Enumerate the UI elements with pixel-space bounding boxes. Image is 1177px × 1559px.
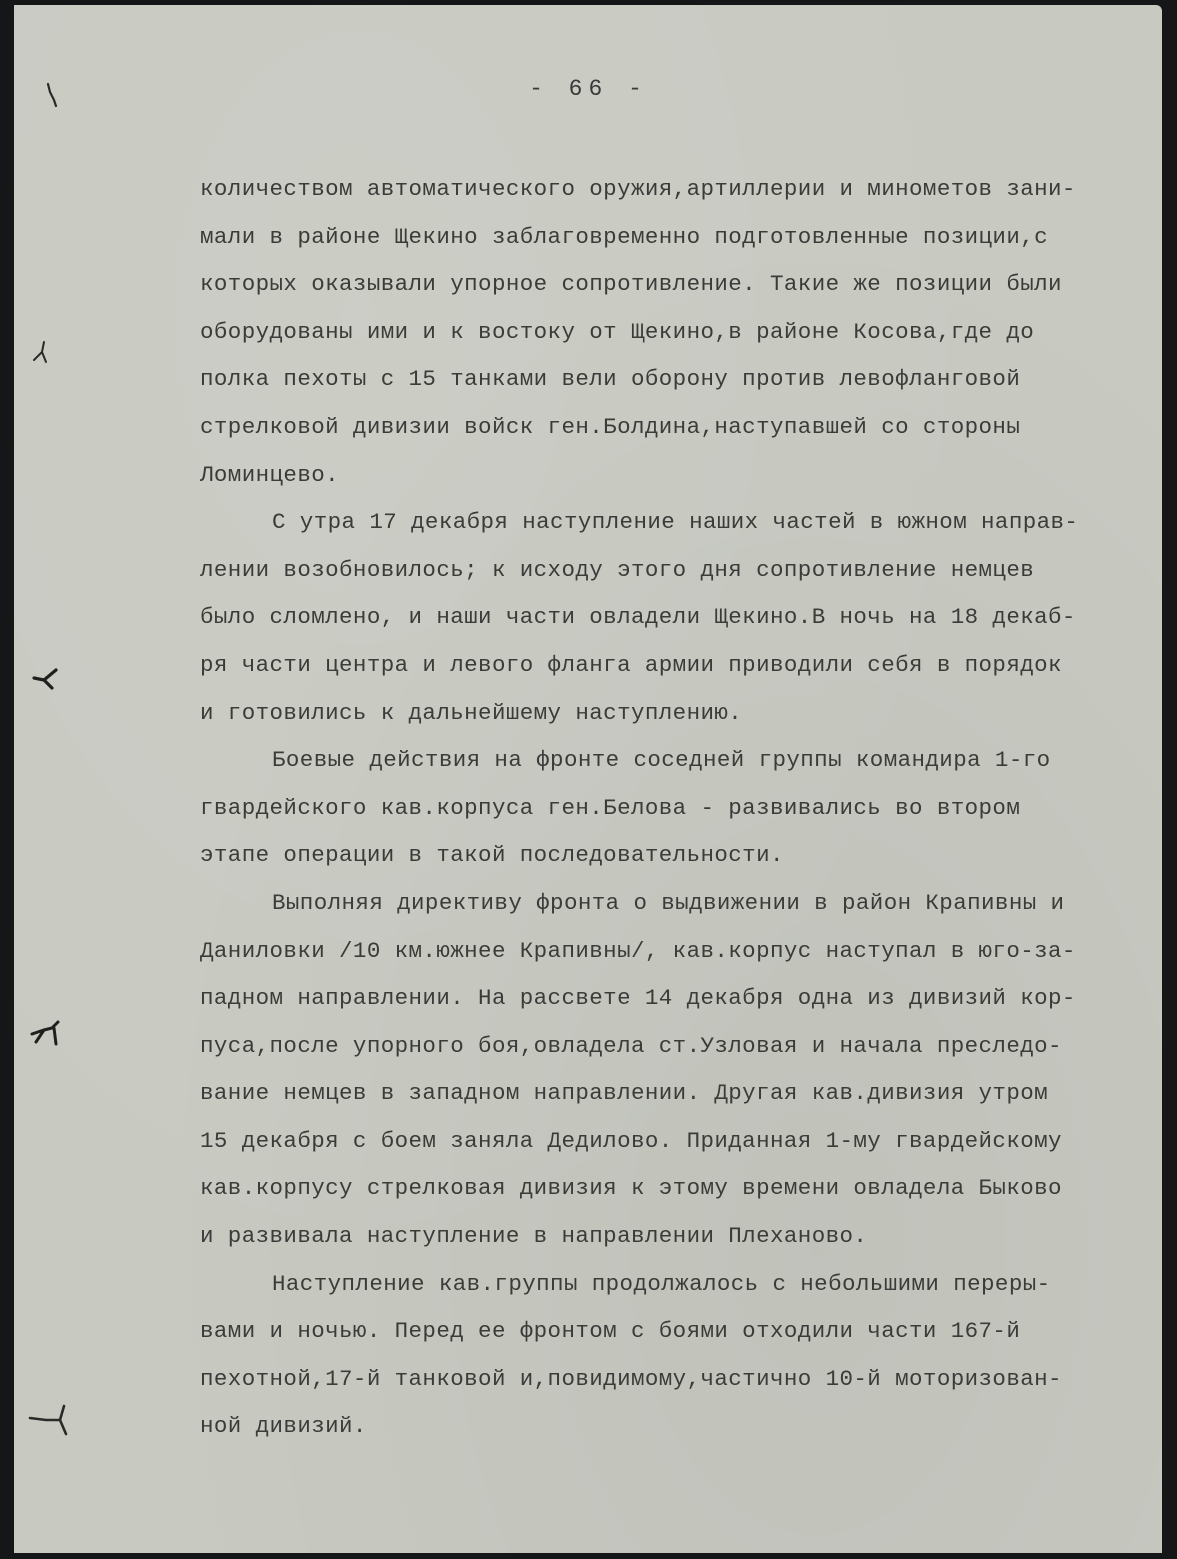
page-number: - 66 - bbox=[0, 76, 1177, 102]
text-line: мали в районе Щекино заблаговременно под… bbox=[200, 214, 1130, 262]
text-line: лении возобновилось; к исходу этого дня … bbox=[200, 547, 1130, 595]
text-line: оборудованы ими и к востоку от Щекино,в … bbox=[200, 309, 1130, 357]
text-line: ной дивизий. bbox=[200, 1403, 1130, 1451]
typed-body-text: количеством автоматического оружия,артил… bbox=[200, 166, 1130, 1451]
paragraph-first-line: Наступление кав.группы продолжалось с не… bbox=[200, 1261, 1130, 1309]
text-line: полка пехоты с 15 танками вели оборону п… bbox=[200, 356, 1130, 404]
paragraph-first-line: С утра 17 декабря наступление наших част… bbox=[200, 499, 1130, 547]
text-line: Даниловки /10 км.южнее Крапивны/, кав.ко… bbox=[200, 928, 1130, 976]
text-line: было сломлено, и наши части овладели Щек… bbox=[200, 594, 1130, 642]
text-line: пехотной,17-й танковой и,повидимому,част… bbox=[200, 1356, 1130, 1404]
paragraph-first-line: Боевые действия на фронте соседней групп… bbox=[200, 737, 1130, 785]
text-line: и готовились к дальнейшему наступлению. bbox=[200, 690, 1130, 738]
text-line: кав.корпусу стрелковая дивизия к этому в… bbox=[200, 1165, 1130, 1213]
text-line: вание немцев в западном направлении. Дру… bbox=[200, 1070, 1130, 1118]
text-line: ря части центра и левого фланга армии пр… bbox=[200, 642, 1130, 690]
text-line: которых оказывали упорное сопротивление.… bbox=[200, 261, 1130, 309]
text-line: стрелковой дивизии войск ген.Болдина,нас… bbox=[200, 404, 1130, 452]
punch-hole-mark-icon bbox=[26, 1400, 46, 1420]
text-line: Ломинцево. bbox=[200, 452, 1130, 500]
punch-hole-mark-icon bbox=[30, 664, 50, 684]
punch-hole-mark-icon bbox=[30, 340, 50, 360]
text-line: гвардейского кав.корпуса ген.Белова - ра… bbox=[200, 785, 1130, 833]
paragraph-first-line: Выполняя директиву фронта о выдвижении в… bbox=[200, 880, 1130, 928]
text-line: 15 декабря с боем заняла Дедилово. Прида… bbox=[200, 1118, 1130, 1166]
text-line: этапе операции в такой последовательност… bbox=[200, 832, 1130, 880]
text-line: количеством автоматического оружия,артил… bbox=[200, 166, 1130, 214]
punch-hole-mark-icon bbox=[28, 1018, 48, 1038]
text-line: вами и ночью. Перед ее фронтом с боями о… bbox=[200, 1308, 1130, 1356]
text-line: падном направлении. На рассвете 14 декаб… bbox=[200, 975, 1130, 1023]
text-line: пуса,после упорного боя,овладела ст.Узло… bbox=[200, 1023, 1130, 1071]
text-line: и развивала наступление в направлении Пл… bbox=[200, 1213, 1130, 1261]
